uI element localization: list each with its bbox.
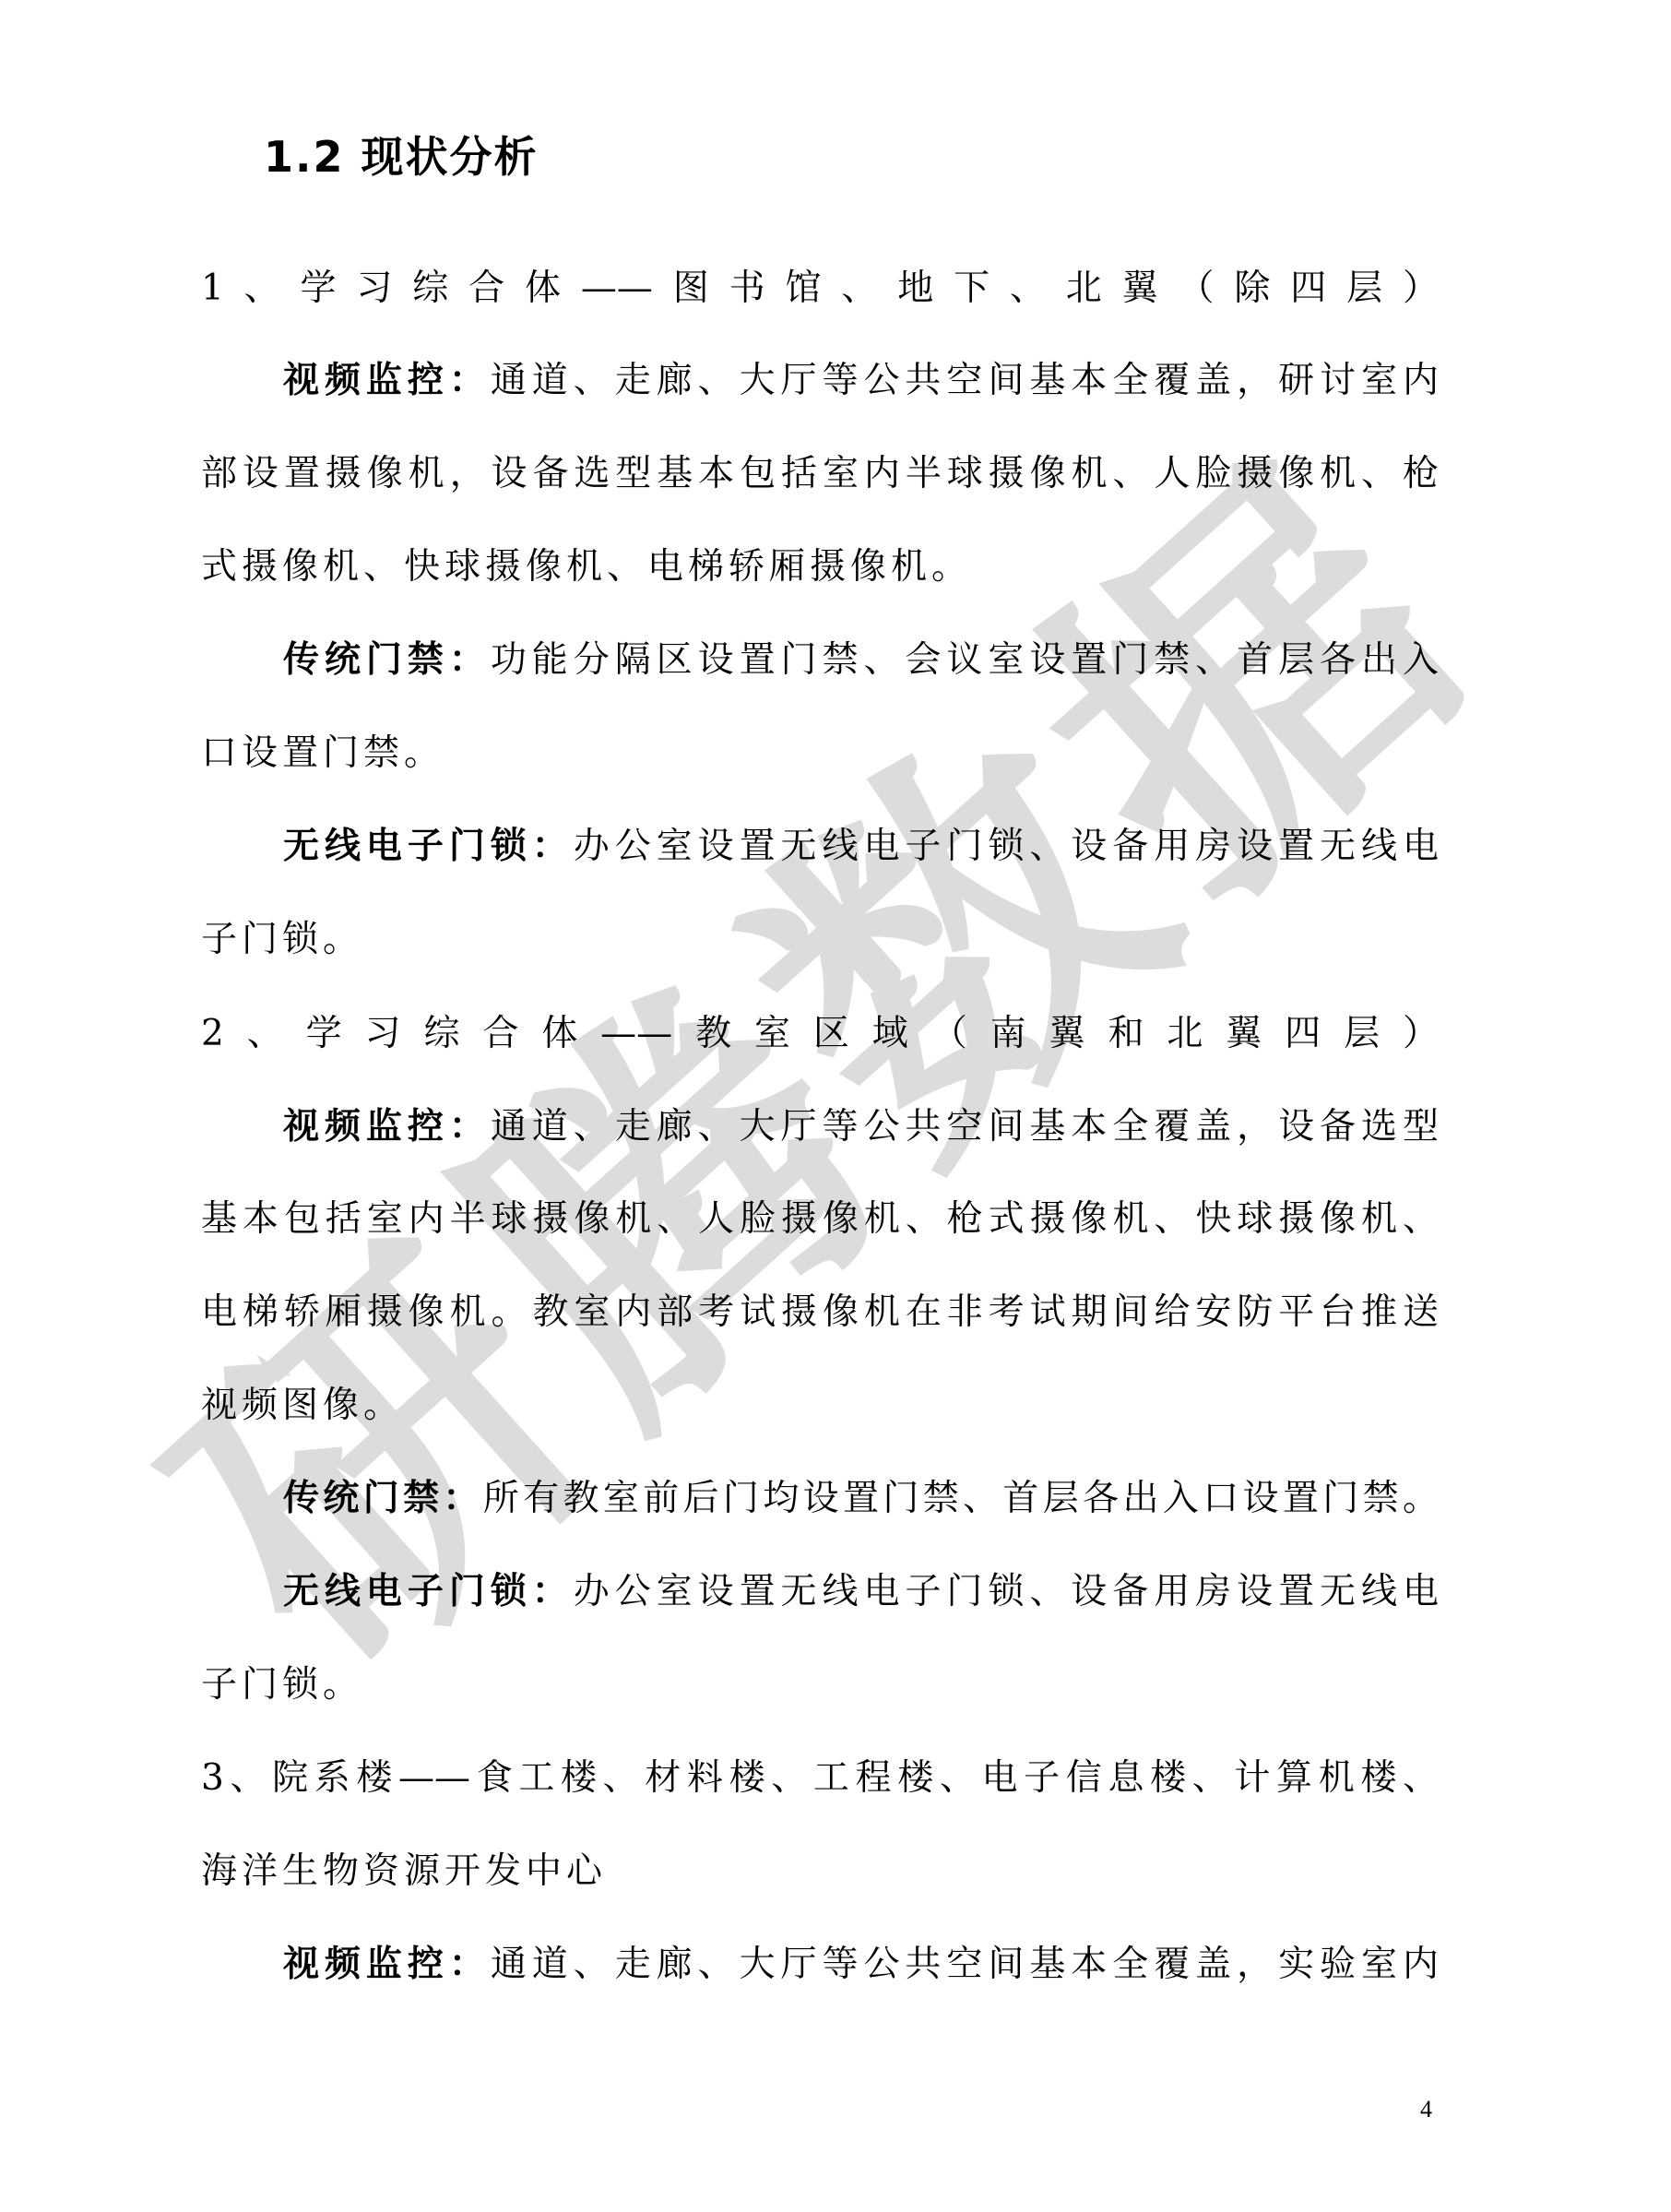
paragraph-video-3: 视​频​监​控​：通​道​、​走​廊​、​大​厅​等​公​共​空​间​基​本​全… bbox=[283, 1937, 1439, 1992]
document-page: 研腾数据 1.2 现状分析 1​、​学​习​综​合​体​—​—​图​书​馆​、​… bbox=[0, 0, 1671, 2212]
text: 办​公​室​设​置​无​线​电​子​门​锁​、​设​备​用​房​设​置​无​线​… bbox=[574, 826, 1439, 867]
section-heading-3: 3​、​院​系​楼​—​—​食​工​楼​、​材​料​楼​、​工​程​楼​、​电​… bbox=[201, 1751, 1439, 1806]
section-title: 1.2 现状分析 bbox=[264, 127, 539, 186]
paragraph-line: 视频图像。 bbox=[201, 1378, 1439, 1433]
text: 所​有​教​室​前​后​门​均​设​置​门​禁​、​首​层​各​出​入​口​设​… bbox=[483, 1478, 1439, 1519]
paragraph-video-2: 视​频​监​控​：通​道​、​走​廊​、​大​厅​等​公​共​空​间​基​本​全… bbox=[283, 1100, 1439, 1155]
paragraph-line: 电​梯​轿​厢​摄​像​机​。​教​室​内​部​考​试​摄​像​机​在​非​考​… bbox=[201, 1285, 1439, 1340]
paragraph-line: 子门锁。 bbox=[201, 912, 1439, 968]
label-video: 视​频​监​控​： bbox=[283, 1944, 491, 1985]
paragraph-line: 子门锁。 bbox=[201, 1658, 1439, 1713]
paragraph-lock-2: 无​线​电​子​门​锁​：办​公​室​设​置​无​线​电​子​门​锁​、​设​备… bbox=[283, 1564, 1439, 1620]
section-heading-1: 1​、​学​习​综​合​体​—​—​图​书​馆​、​地​下​、​北​翼​（​除​… bbox=[201, 261, 1439, 316]
paragraph-access-2: 传​统​门​禁​：所​有​教​室​前​后​门​均​设​置​门​禁​、​首​层​各… bbox=[283, 1471, 1439, 1527]
label-access: 传​统​门​禁​： bbox=[283, 639, 491, 681]
text: 办​公​室​设​置​无​线​电​子​门​锁​、​设​备​用​房​设​置​无​线​… bbox=[574, 1571, 1439, 1612]
paragraph-line: 部​设​置​摄​像​机​，​设​备​选​型​基​本​包​括​室​内​半​球​摄​… bbox=[201, 446, 1439, 502]
paragraph-access-1: 传​统​门​禁​：功​能​分​隔​区​设​置​门​禁​、​会​议​室​设​置​门… bbox=[283, 633, 1439, 688]
paragraph-lock-1: 无​线​电​子​门​锁​：办​公​室​设​置​无​线​电​子​门​锁​、​设​备… bbox=[283, 819, 1439, 874]
text: 通​道​、​走​廊​、​大​厅​等​公​共​空​间​基​本​全​覆​盖​，​研​… bbox=[491, 360, 1439, 401]
paragraph-line: 式摄像机、快球摄像机、电梯轿厢摄像机。 bbox=[201, 540, 1439, 595]
text: 通​道​、​走​廊​、​大​厅​等​公​共​空​间​基​本​全​覆​盖​，​设​… bbox=[491, 1106, 1439, 1148]
label-access: 传​统​门​禁​： bbox=[283, 1478, 483, 1519]
label-video: 视​频​监​控​： bbox=[283, 360, 491, 401]
label-video: 视​频​监​控​： bbox=[283, 1106, 491, 1148]
page-number: 4 bbox=[1420, 2096, 1432, 2123]
paragraph-line: 口设置门禁。 bbox=[201, 726, 1439, 781]
section-heading-2: 2​、​学​习​综​合​体​—​—​教​室​区​域​（​南​翼​和​北​翼​四​… bbox=[201, 1006, 1439, 1062]
paragraph-line: 基​本​包​括​室​内​半​球​摄​像​机​、​人​脸​摄​像​机​、​枪​式​… bbox=[201, 1192, 1439, 1247]
label-lock: 无​线​电​子​门​锁​： bbox=[283, 1571, 574, 1612]
watermark: 研腾数据 bbox=[126, 414, 1524, 1725]
paragraph-video-1: 视​频​监​控​：通​道​、​走​廊​、​大​厅​等​公​共​空​间​基​本​全… bbox=[283, 353, 1439, 409]
text: 通​道​、​走​廊​、​大​厅​等​公​共​空​间​基​本​全​覆​盖​，​实​… bbox=[491, 1944, 1439, 1985]
text: 功​能​分​隔​区​设​置​门​禁​、​会​议​室​设​置​门​禁​、​首​层​… bbox=[491, 639, 1439, 681]
section-heading-3-cont: 海洋生物资源开发中心 bbox=[201, 1844, 1439, 1899]
label-lock: 无​线​电​子​门​锁​： bbox=[283, 826, 574, 867]
